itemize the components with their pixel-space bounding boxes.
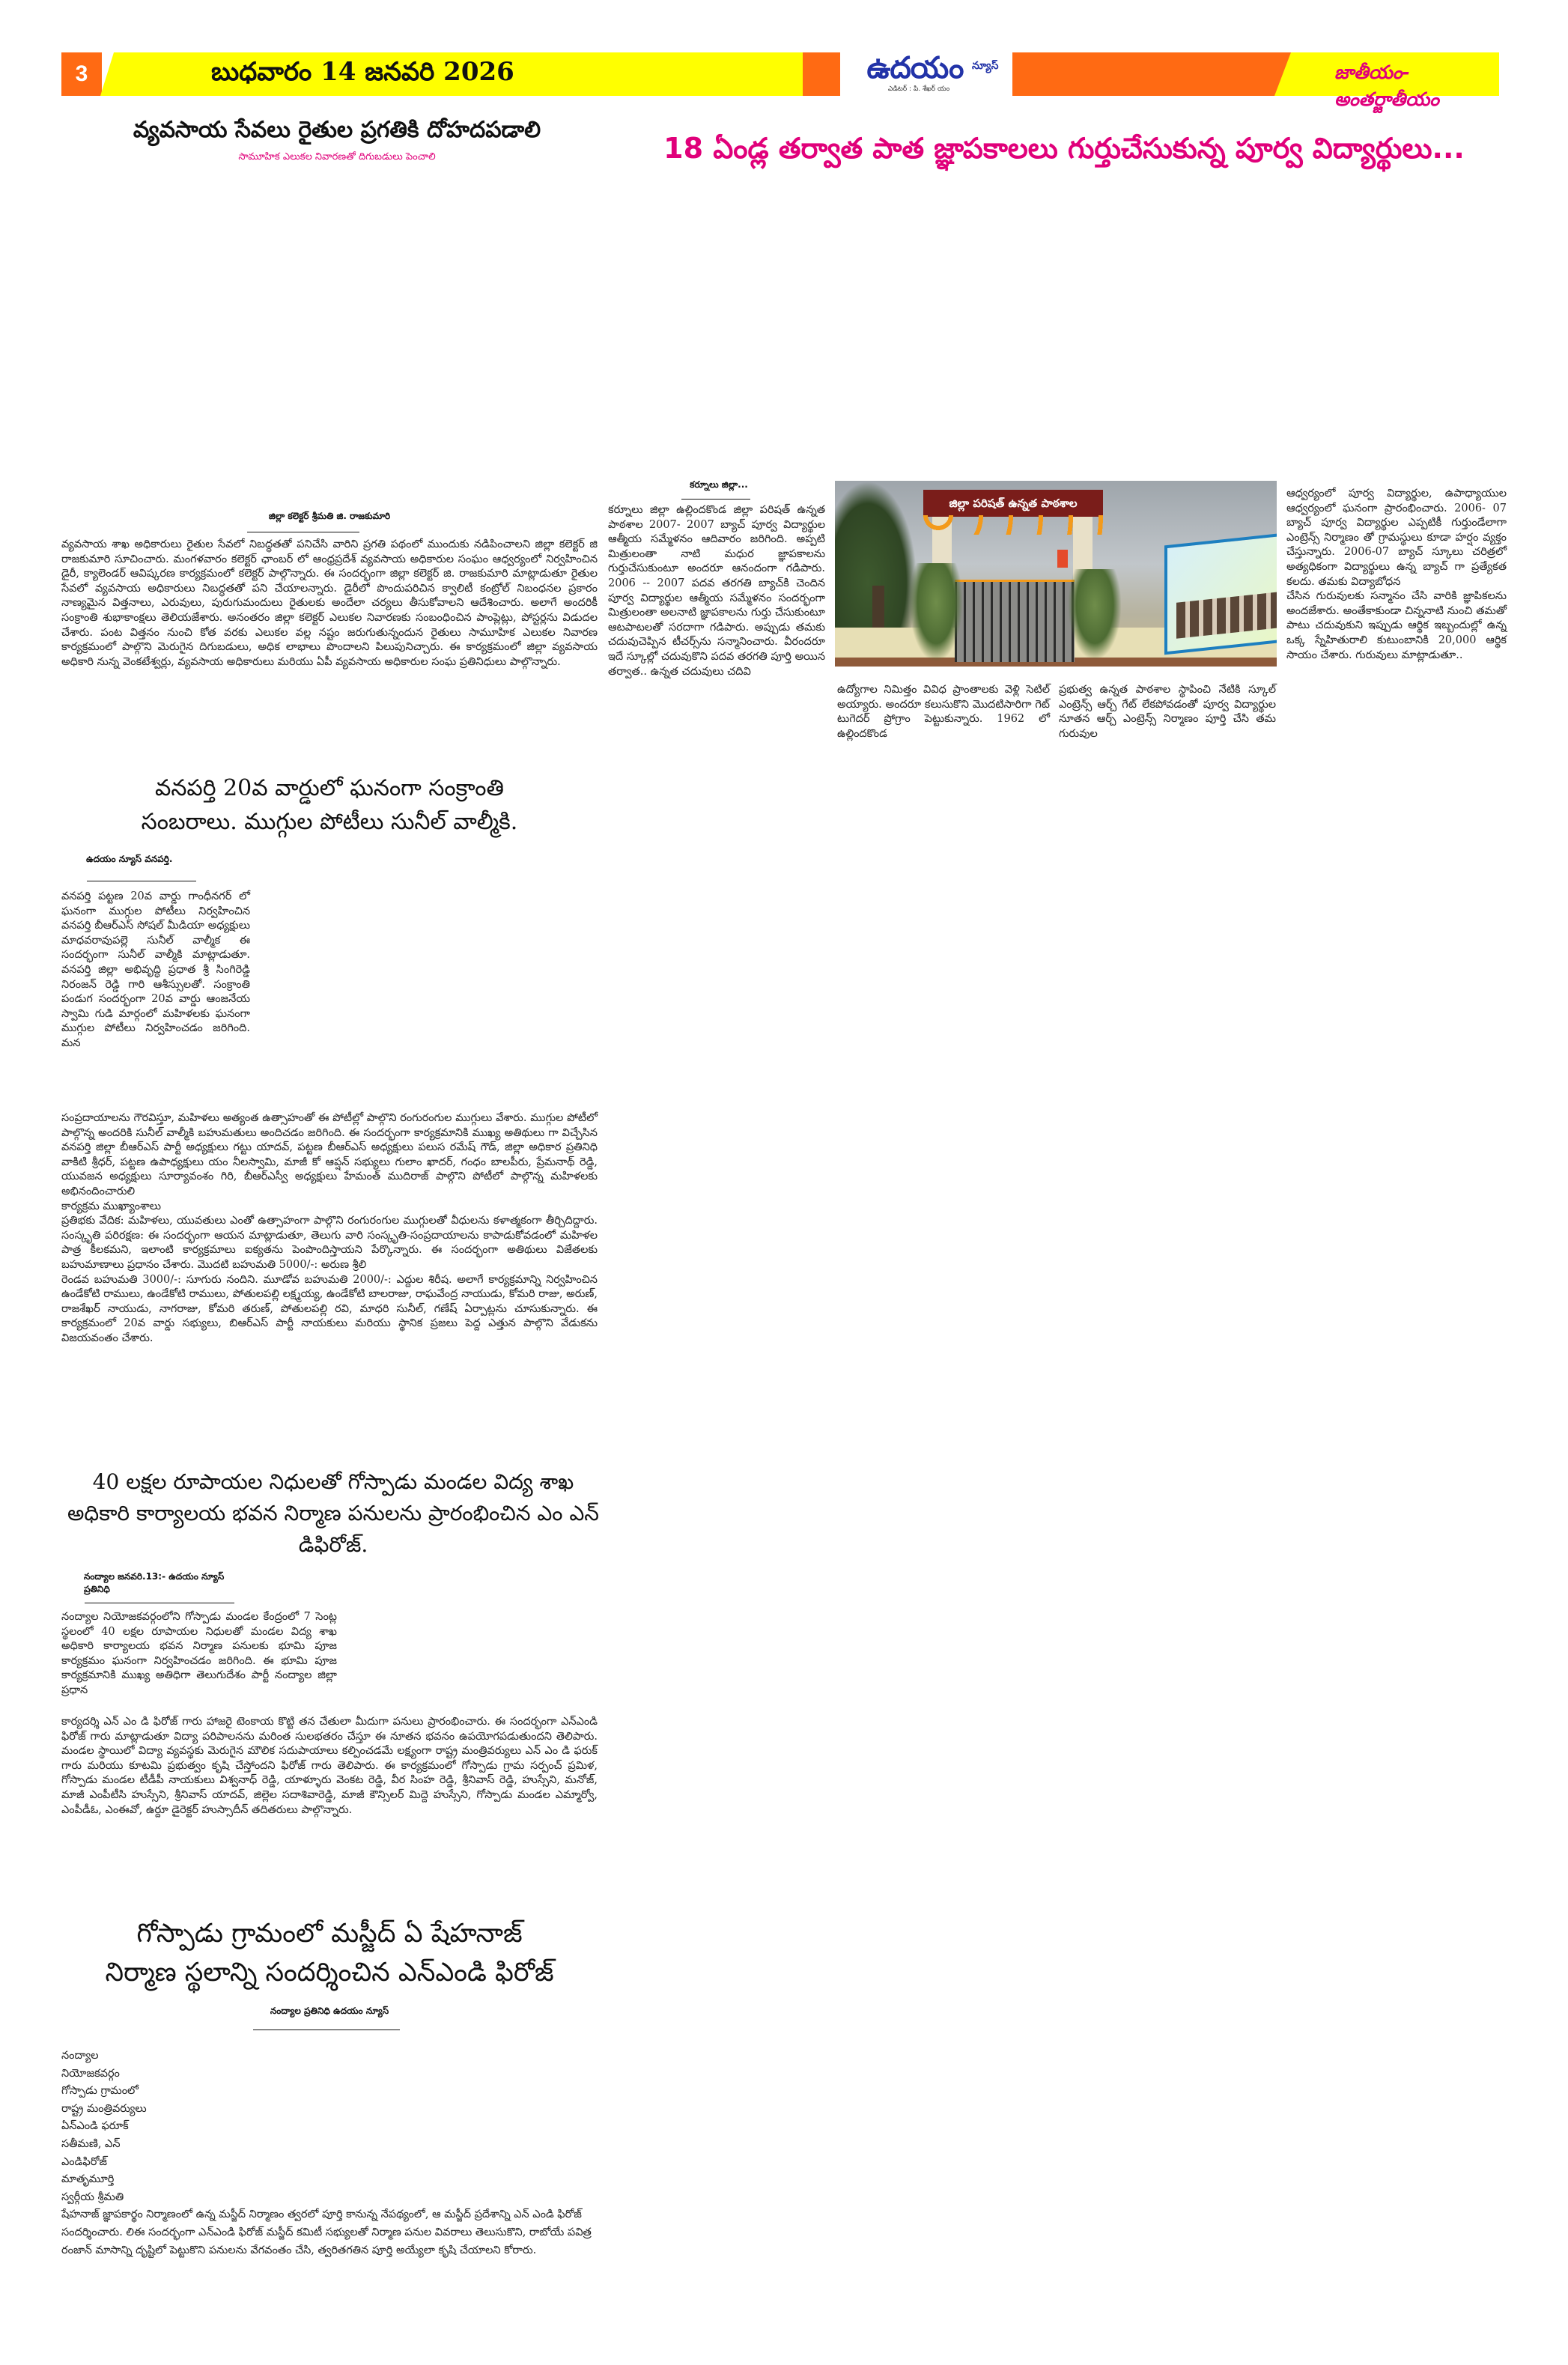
- newspaper-logo: ఉదయం న్యూస్ ఎడిటర్ : పి. శేఖర్ యం: [840, 49, 1012, 96]
- alumni-byline: కర్నూలు జిల్లా...: [614, 479, 824, 492]
- alumni-column-2: ఉద్యోగాల నిమిత్తం వివిధ ప్రాంతాలకు వెళ్ల…: [837, 683, 1050, 741]
- byline-rule: [247, 532, 359, 532]
- logo-news-badge: న్యూస్: [972, 60, 998, 74]
- masjid-headline-line-1: గోస్పాడు గ్రామంలో మస్జీద్ ఏ షేహనాజ్: [61, 1914, 598, 1953]
- page-number: 3: [61, 52, 102, 96]
- masjid-line: ఏన్ఎండి ఫరూక్: [61, 2118, 598, 2136]
- photo-garland: [923, 515, 1103, 535]
- byline-rule: [87, 881, 196, 881]
- sankranti-body-narrow: వనపర్తి పట్టణ 20వ వార్డు గాంధీనగర్ లో ఘన…: [61, 890, 250, 1051]
- photo-flag: [1057, 550, 1068, 568]
- photo-banner-faces: [1176, 592, 1277, 639]
- masjid-line: రాష్ట్ర మంత్రివర్యులు: [61, 2101, 598, 2119]
- byline-rule: [681, 499, 750, 500]
- meo-byline: నంద్యాల జనవరి.13:- ఉదయం న్యూస్ ప్రతినిధి: [84, 1571, 234, 1597]
- meo-headline: 40 లక్షల రూపాయల నిధులతో గోస్పాడు మండల వి…: [67, 1466, 599, 1561]
- section-title: జాతీయం-అంతర్జాతీయం: [1334, 61, 1499, 115]
- masjid-line: స్వర్గీయ శ్రీమతి: [61, 2189, 598, 2207]
- sankranti-headline: వనపర్తి 20వ వార్డులో ఘనంగా సంక్రాంతి సంబ…: [61, 771, 598, 839]
- byline-rule: [85, 1603, 234, 1603]
- school-gate-photo: జిల్లా పరిషత్ ఉన్నత పాఠశాల: [835, 481, 1277, 667]
- alumni-column-4: ఆధ్వర్యంలో పూర్వ విద్యార్థుల, ఉపాధ్యాయుల…: [1286, 487, 1507, 663]
- alumni-column-4-para-2: చేసిన గురువులకు సన్మానం చేసి వారికి జ్ఞా…: [1286, 589, 1507, 663]
- masjid-headline-line-2: నిర్మాణ స్థలాన్ని సందర్శించిన ఎన్ఎండి ఫి…: [61, 1953, 598, 1992]
- photo-palm-right: [1069, 569, 1121, 659]
- masjid-line: నంద్యాల: [61, 2047, 598, 2065]
- agriculture-subheadline: సామూహిక ఎలుకల నివారణతో దిగుబడులు పెంచాలి: [82, 151, 592, 165]
- agriculture-headline: వ్యవసాయ సేవలు రైతుల ప్రగతికి దోహదపడాలి: [82, 117, 592, 148]
- alumni-headline: 18 ఏండ్ల తర్వాత పాత జ్ఞాపకాలలు గుర్తుచేస…: [619, 132, 1510, 172]
- meo-body-wide: కార్యదర్శి ఎన్ ఎం డి ఫిరోజ్ గారు హాజరై ట…: [61, 1715, 598, 1818]
- agriculture-body: వ్యవసాయ శాఖ అధికారులు రైతుల సేవలో నిబద్ధ…: [61, 538, 598, 670]
- photo-palm-left: [910, 563, 962, 661]
- alumni-column-1: కర్నూలు జిల్లా ఉల్లిందకొండ జిల్లా పరిషత్…: [608, 503, 825, 679]
- photo-gate: [955, 580, 1075, 662]
- logo-editor-line: ఎడిటర్ : పి. శేఖర్ యం: [840, 85, 997, 94]
- agriculture-byline: జిల్లా కలెక్టర్ శ్రీమతి జి. రాజకుమారి: [135, 511, 524, 523]
- sankranti-body-wide: సంప్రదాయాలను గౌరవిస్తూ, మహిళలు అత్యంత ఉత…: [61, 1111, 598, 1347]
- sankranti-prizes: రెండవ బహుమతి 3000/-: సూగురు నందిని. మూడో…: [61, 1273, 598, 1347]
- masjid-line: నియోజకవర్గం: [61, 2065, 598, 2083]
- masjid-headline: గోస్పాడు గ్రామంలో మస్జీద్ ఏ షేహనాజ్ నిర్…: [61, 1914, 598, 1992]
- photo-alumni-banner: [1164, 533, 1277, 655]
- masthead: 3 బుధవారం 14 జనవరి 2026 ఉదయం న్యూస్ ఎడిట…: [61, 52, 1499, 96]
- alumni-column-4-para-1: ఆధ్వర్యంలో పూర్వ విద్యార్థుల, ఉపాధ్యాయుల…: [1286, 487, 1507, 589]
- masjid-line: గోస్పాడు గ్రామంలో: [61, 2083, 598, 2101]
- sankranti-highlights-title: కార్యక్రమ ముఖ్యాంశాలు: [61, 1200, 598, 1215]
- photo-school-sign: జిల్లా పరిషత్ ఉన్నత పాఠశాల: [923, 490, 1103, 517]
- masjid-line: మాతృమూర్తి: [61, 2171, 598, 2189]
- masjid-body: నంద్యాల నియోజకవర్గం గోస్పాడు గ్రామంలో రా…: [61, 2047, 598, 2259]
- alumni-column-3: ప్రభుత్వ ఉన్నత పాఠశాల స్థాపించి నేటికి స…: [1059, 683, 1276, 741]
- issue-date: బుధవారం 14 జనవరి 2026: [211, 57, 514, 93]
- sankranti-headline-line-2: సంబరాలు. ముగ్గుల పోటీలు సునీల్ వాల్మీకి.: [61, 805, 598, 839]
- sankranti-highlights: ప్రతిభకు వేదిక: మహిళలు, యువతులు ఎంతో ఉత్…: [61, 1214, 598, 1272]
- masjid-line: ఎండిఫిరోజ్: [61, 2154, 598, 2172]
- masjid-byline: నంద్యాల ప్రతినిధి ఉదయం న్యూస్: [61, 2006, 598, 2018]
- masjid-paragraph: షేహనాజ్ జ్ఞాపకార్థం నిర్మాణంలో ఉన్న మస్జ…: [61, 2206, 598, 2259]
- sankranti-para-1: సంప్రదాయాలను గౌరవిస్తూ, మహిళలు అత్యంత ఉత…: [61, 1111, 598, 1200]
- sankranti-byline: ఉదయం న్యూస్ వనపర్తి.: [86, 854, 198, 866]
- masjid-line: సతీమణి, ఎన్: [61, 2136, 598, 2154]
- meo-body-narrow: నంద్యాల నియోజకవర్గంలోని గోస్పాడు మండల కే…: [61, 1610, 337, 1698]
- sankranti-headline-line-1: వనపర్తి 20వ వార్డులో ఘనంగా సంక్రాంతి: [61, 771, 598, 805]
- byline-rule: [253, 2029, 400, 2030]
